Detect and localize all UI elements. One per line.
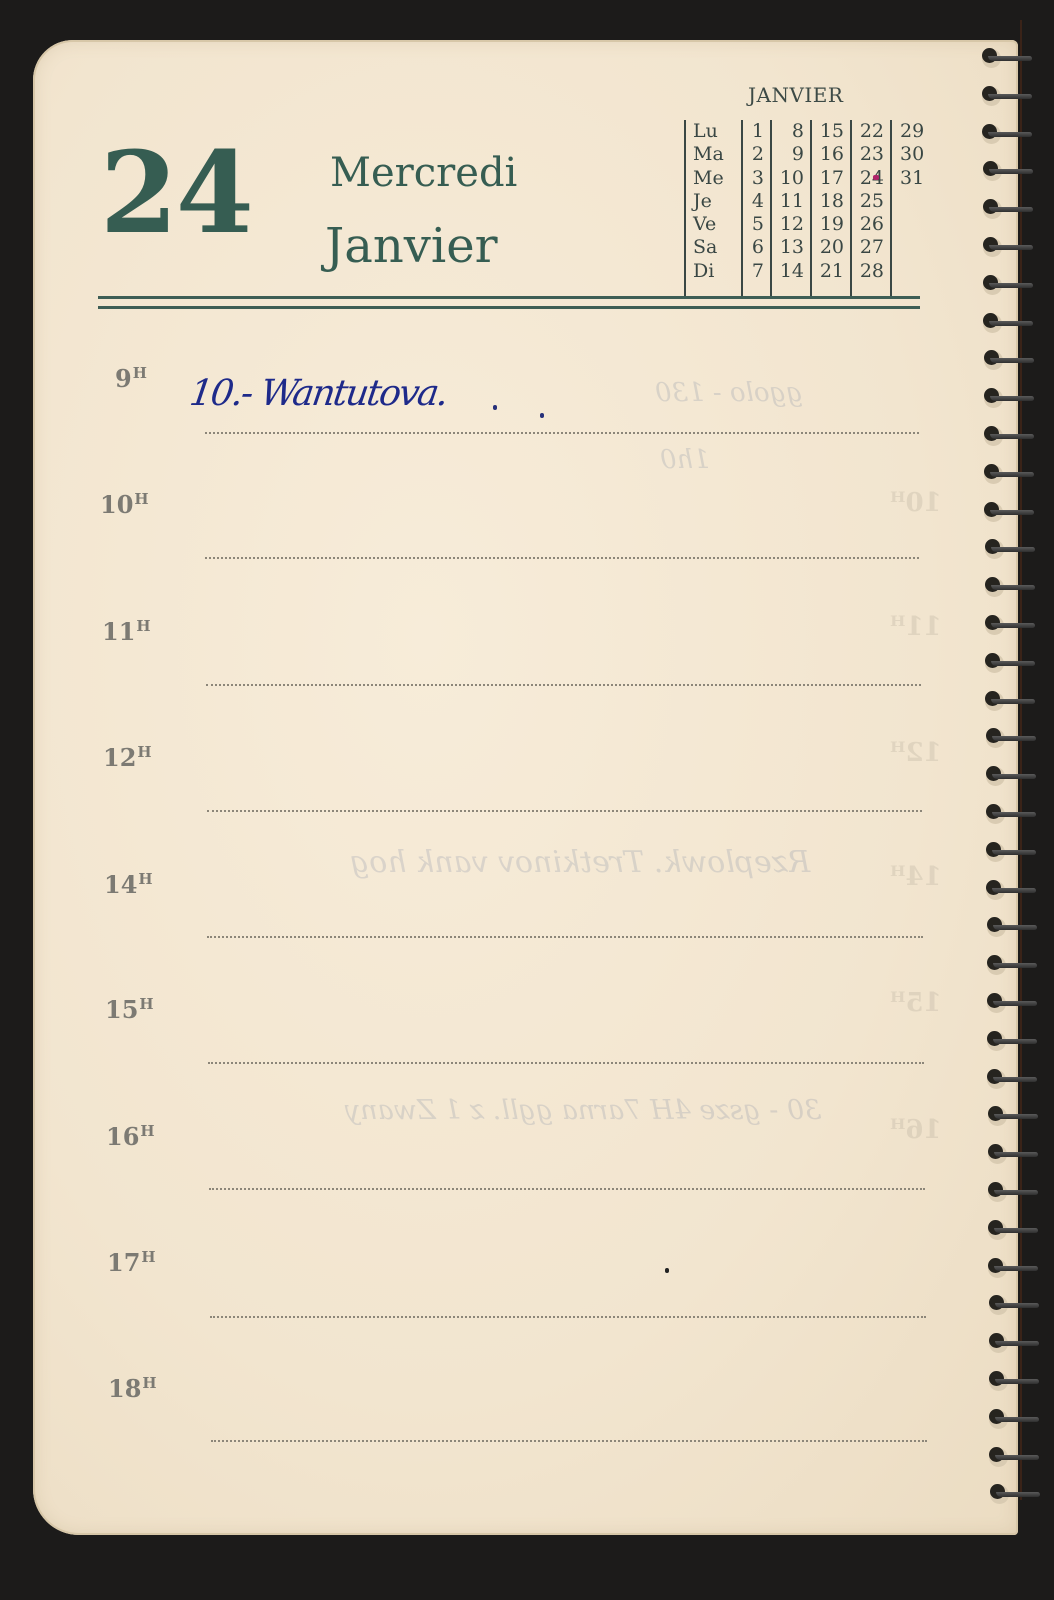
- calendar-date: 11: [779, 190, 804, 213]
- calendar-date: [900, 213, 928, 236]
- spiral-ring: [988, 1106, 1038, 1124]
- spiral-ring: [986, 766, 1036, 784]
- hour-label-18: 18H: [108, 1374, 157, 1403]
- calendar-date: 27: [859, 236, 884, 259]
- writing-line-10[interactable]: [205, 557, 919, 559]
- wire-loop: [991, 699, 1035, 704]
- calendar-date: 6: [750, 236, 764, 259]
- writing-line-11[interactable]: [206, 684, 921, 686]
- spiral-ring: [982, 86, 1032, 104]
- spiral-ring: [987, 993, 1037, 1011]
- hour-label-14: 14H: [104, 870, 153, 899]
- mini-calendar-weekdays: Lu Ma Me Je Ve Sa Di: [684, 120, 741, 296]
- spiral-ring: [988, 1258, 1038, 1276]
- wire-loop: [992, 736, 1036, 741]
- spiral-ring: [982, 124, 1032, 142]
- wire-loop: [990, 510, 1034, 515]
- mini-calendar: Lu Ma Me Je Ve Sa Di 1 2 3 4 5 6 7 8 9 1…: [684, 120, 930, 296]
- wire-loop: [992, 812, 1036, 817]
- wire-loop: [995, 1303, 1039, 1308]
- hour-label-11: 11H: [102, 617, 151, 646]
- ink-dot: [493, 405, 497, 410]
- wire-loop: [995, 1379, 1039, 1384]
- spiral-ring: [983, 313, 1033, 331]
- wire-loop: [994, 1152, 1038, 1157]
- day-number: 24: [100, 138, 252, 250]
- header-rule-top: [98, 296, 920, 299]
- wire-loop: [989, 207, 1033, 212]
- spiral-ring: [985, 539, 1035, 557]
- mini-calendar-week-4: 22 23 24 25 26 27 28: [850, 120, 890, 296]
- calendar-date: 1: [750, 120, 764, 143]
- spiral-ring: [989, 1333, 1039, 1351]
- show-through-hour: 11ᴴ: [890, 612, 942, 642]
- calendar-date: 20: [819, 236, 844, 259]
- wire-loop: [988, 56, 1032, 61]
- weekday-abbrev: Me: [693, 167, 741, 190]
- calendar-date: 19: [819, 213, 844, 236]
- handwritten-entry-9h[interactable]: 10.- Wantutova.: [187, 373, 449, 414]
- wire-loop: [993, 1039, 1037, 1044]
- calendar-date: 7: [750, 260, 764, 283]
- wire-loop: [990, 472, 1034, 477]
- wire-loop: [994, 1266, 1038, 1271]
- spiral-ring: [987, 955, 1037, 973]
- calendar-date: 29: [900, 120, 928, 143]
- wire-loop: [996, 1492, 1040, 1497]
- header-rule-bottom: [98, 306, 920, 309]
- calendar-date: 14: [779, 260, 804, 283]
- spiral-ring: [987, 917, 1037, 935]
- mini-calendar-right-border: [890, 120, 892, 296]
- spiral-ring: [988, 1144, 1038, 1162]
- mini-calendar-week-5: 29 30 31: [890, 120, 930, 296]
- show-through-hour: 10ᴴ: [890, 488, 942, 518]
- calendar-date: 18: [819, 190, 844, 213]
- spiral-ring: [982, 48, 1032, 66]
- writing-line-18[interactable]: [211, 1440, 927, 1442]
- wire-loop: [992, 850, 1036, 855]
- calendar-date: 23: [859, 143, 884, 166]
- spiral-ring: [984, 388, 1034, 406]
- wire-loop: [994, 1114, 1038, 1119]
- weekday-label: Mercredi: [330, 150, 517, 196]
- ink-dot: [665, 1268, 669, 1273]
- spiral-ring: [986, 880, 1036, 898]
- spiral-ring: [989, 1295, 1039, 1313]
- writing-line-15[interactable]: [208, 1062, 924, 1064]
- calendar-date: 21: [819, 260, 844, 283]
- show-through-text: 30 - gsze 4H 7arna ggll. z 1 Zwany: [345, 1095, 821, 1126]
- wire-loop: [989, 283, 1033, 288]
- calendar-date: 28: [859, 260, 884, 283]
- calendar-date: [900, 260, 928, 283]
- spiral-ring: [983, 237, 1033, 255]
- writing-line-9[interactable]: [205, 432, 919, 434]
- spiral-ring: [984, 464, 1034, 482]
- spiral-ring: [988, 1182, 1038, 1200]
- calendar-date: 25: [859, 190, 884, 213]
- wire-loop: [993, 1077, 1037, 1082]
- spiral-ring: [986, 804, 1036, 822]
- wire-loop: [993, 1001, 1037, 1006]
- spiral-ring: [983, 199, 1033, 217]
- spiral-ring: [985, 691, 1035, 709]
- wire-loop: [993, 925, 1037, 930]
- hour-label-15: 15H: [105, 995, 154, 1024]
- calendar-date: 15: [819, 120, 844, 143]
- wire-loop: [994, 1228, 1038, 1233]
- hour-label-9: 9H: [115, 364, 147, 393]
- weekday-abbrev: Di: [693, 260, 741, 283]
- calendar-date-marked: 24: [859, 167, 884, 190]
- hour-label-10: 10H: [100, 490, 149, 519]
- calendar-date: 16: [819, 143, 844, 166]
- calendar-date: 3: [750, 167, 764, 190]
- wire-loop: [988, 94, 1032, 99]
- show-through-text: 1h0: [660, 445, 710, 475]
- spiral-ring: [988, 1220, 1038, 1238]
- wire-loop: [994, 1190, 1038, 1195]
- show-through-hour: 14ᴴ: [890, 862, 942, 892]
- calendar-date: 13: [779, 236, 804, 259]
- weekday-abbrev: Lu: [693, 120, 741, 143]
- spiral-ring: [989, 1371, 1039, 1389]
- weekday-abbrev: Ma: [693, 143, 741, 166]
- calendar-date: [900, 236, 928, 259]
- wire-loop: [991, 547, 1035, 552]
- ink-dot: [540, 413, 544, 418]
- show-through-hour: 16ᴴ: [890, 1115, 942, 1145]
- wire-loop: [993, 963, 1037, 968]
- wire-loop: [995, 1341, 1039, 1346]
- spiral-ring: [984, 426, 1034, 444]
- calendar-date: 30: [900, 143, 928, 166]
- weekday-abbrev: Ve: [693, 213, 741, 236]
- spiral-ring: [987, 1069, 1037, 1087]
- calendar-date: 26: [859, 213, 884, 236]
- calendar-date: 4: [750, 190, 764, 213]
- calendar-date: 12: [779, 213, 804, 236]
- wire-loop: [990, 396, 1034, 401]
- spiral-ring: [985, 577, 1035, 595]
- spiral-ring: [983, 161, 1033, 179]
- wire-loop: [992, 888, 1036, 893]
- hour-label-12: 12H: [103, 743, 152, 772]
- wire-loop: [989, 245, 1033, 250]
- spiral-ring: [989, 1409, 1039, 1427]
- calendar-date: 10: [779, 167, 804, 190]
- calendar-date: 5: [750, 213, 764, 236]
- writing-line-17[interactable]: [210, 1316, 926, 1318]
- wire-loop: [990, 434, 1034, 439]
- show-through-text: ggolo - 130: [655, 378, 803, 408]
- show-through-text: Rzeplowk. Tretkinov vank hog: [350, 845, 810, 880]
- mini-calendar-week-3: 15 16 17 18 19 20 21: [810, 120, 850, 296]
- month-label: Janvier: [325, 218, 498, 274]
- calendar-date: 9: [779, 143, 804, 166]
- wire-loop: [995, 1417, 1039, 1422]
- spiral-ring: [984, 350, 1034, 368]
- wire-loop: [991, 623, 1035, 628]
- writing-line-12[interactable]: [207, 810, 922, 812]
- calendar-date: [900, 190, 928, 213]
- wire-loop: [991, 585, 1035, 590]
- wire-loop: [992, 774, 1036, 779]
- mini-calendar-week-1: 1 2 3 4 5 6 7: [741, 120, 770, 296]
- spiral-ring: [989, 1447, 1039, 1465]
- calendar-date: 22: [859, 120, 884, 143]
- writing-line-16[interactable]: [209, 1188, 925, 1190]
- spiral-ring: [985, 653, 1035, 671]
- spiral-ring: [986, 728, 1036, 746]
- calendar-date: 17: [819, 167, 844, 190]
- hour-label-17: 17H: [107, 1248, 156, 1277]
- writing-line-14[interactable]: [207, 936, 923, 938]
- spiral-ring: [987, 1031, 1037, 1049]
- spiral-ring: [983, 275, 1033, 293]
- calendar-date: 31: [900, 167, 928, 190]
- calendar-date: 2: [750, 143, 764, 166]
- calendar-date: 8: [779, 120, 804, 143]
- wire-loop: [990, 358, 1034, 363]
- hour-label-16: 16H: [106, 1122, 155, 1151]
- wire-loop: [995, 1455, 1039, 1460]
- weekday-abbrev: Je: [693, 190, 741, 213]
- weekday-abbrev: Sa: [693, 236, 741, 259]
- show-through-hour: 12ᴴ: [890, 738, 942, 768]
- spiral-binding: [982, 40, 1054, 1510]
- wire-loop: [989, 169, 1033, 174]
- wire-loop: [989, 321, 1033, 326]
- mini-calendar-week-2: 8 9 10 11 12 13 14: [770, 120, 810, 296]
- show-through-hour: 15ᴴ: [890, 988, 942, 1018]
- wire-loop: [991, 661, 1035, 666]
- spiral-ring: [985, 615, 1035, 633]
- spiral-ring: [984, 502, 1034, 520]
- mini-calendar-title: JANVIER: [748, 83, 843, 107]
- wire-loop: [988, 132, 1032, 137]
- spiral-ring: [990, 1484, 1040, 1502]
- spiral-ring: [986, 842, 1036, 860]
